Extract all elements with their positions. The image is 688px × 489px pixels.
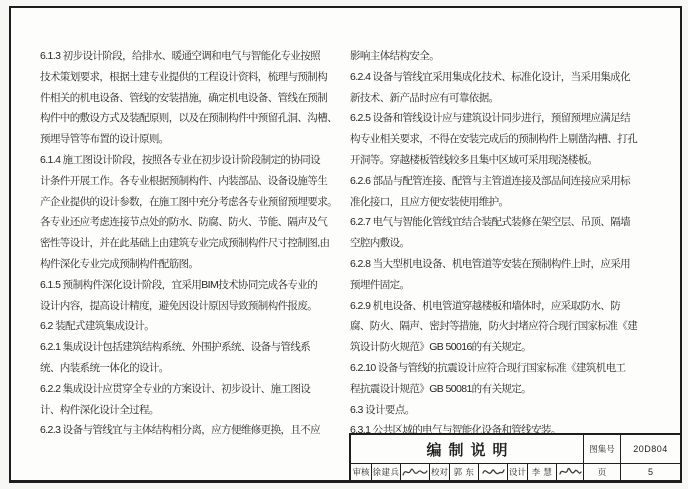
text-line: 6.1.3 初步设计阶段，给排水、暖通空调和电气与智能化专业按照 [40, 46, 342, 67]
text-line: 统、内装系统一体化的设计。 [40, 358, 342, 379]
text-line: 技术策划要求，根据土建专业提供的工程设计资料，梳理与预制构 [40, 67, 342, 88]
designer-label: 设计 [507, 464, 527, 480]
signature-scribble-icon [402, 465, 428, 479]
signature-scribble-icon [481, 465, 505, 479]
checker-signature [478, 464, 507, 480]
page-frame: 6.1.3 初步设计阶段，给排水、暖通空调和电气与智能化专业按照技术策划要求，根… [9, 6, 682, 483]
page-label: 页 [583, 464, 620, 480]
text-line: 预埋导管等布置的设计原则。 [40, 129, 342, 150]
text-line: 产企业提供的设计参数，在施工图中充分考虑各专业预留预埋要求。 [40, 192, 342, 213]
text-line: 6.2.1 集成设计包括建筑结构系统、外围护系统、设备与管线系 [40, 337, 342, 358]
left-text-column: 6.1.3 初步设计阶段，给排水、暖通空调和电气与智能化专业按照技术策划要求，根… [40, 46, 342, 441]
reviewer-label: 审核 [351, 464, 371, 480]
text-line: 6.2.3 设备与管线宜与主体结构相分离，应方便维修更换，且不应 [40, 420, 342, 441]
signature-scribble-icon [558, 465, 582, 479]
text-line: 程抗震设计规范》GB 50081的有关规定。 [350, 379, 652, 400]
text-line: 密性等设计，并在此基础上由建筑专业完成预制构件尺寸控制图,由 [40, 233, 342, 254]
page-number: 5 [620, 464, 680, 480]
text-line: 构专业相关要求，不得在安装完成后的预制构件上剔凿沟槽、打孔 [350, 129, 652, 150]
designer-signature [556, 464, 583, 480]
text-line: 6.2.9 机电设备、机电管道穿越楼板和墙体时，应采取防水、防 [350, 296, 652, 317]
reviewer-name: 徐建兵 [371, 464, 400, 480]
text-line: 预埋件固定。 [350, 275, 652, 296]
text-line: 计条件开展工作。各专业根据预制构件、内装部品、设备设施等生 [40, 171, 342, 192]
text-line: 6.2.8 当大型机电设备、机电管道等安装在预制构件上时，应采用 [350, 254, 652, 275]
text-line: 设计内容，提高设计精度，避免因设计原因导致预制构件报废。 [40, 296, 342, 317]
text-line: 构件中的敷设方式及装配原则，以及在预制构件中预留孔洞、沟槽、 [40, 108, 342, 129]
text-line: 构件深化专业完成预制构件配筋图。 [40, 254, 342, 275]
text-line: 准化接口，且应方便安装使用维护。 [350, 192, 652, 213]
title-block: 编制说明 图集号 20D804 审核 徐建兵 校对 郭 东 设计 李 慧 [349, 433, 680, 480]
text-line: 筑设计防火规范》GB 50016的有关规定。 [350, 337, 652, 358]
atlas-number-label: 图集号 [583, 435, 620, 463]
checker-label: 校对 [429, 464, 449, 480]
text-line: 6.1.4 施工图设计阶段，按照各专业在初步设计阶段制定的协同设 [40, 150, 342, 171]
text-line: 空腔内敷设。 [350, 233, 652, 254]
text-line: 各专业还应考虑连接节点处的防水、防腐、防火、节能、隔声及气 [40, 212, 342, 233]
right-text-column: 影响主体结构安全。6.2.4 设备与管线宜采用集成化技术、标准化设计，当采用集成… [350, 46, 652, 441]
reviewer-signature [400, 464, 429, 480]
text-line: 新技术、新产品时应有可靠依据。 [350, 88, 652, 109]
atlas-number-value: 20D804 [620, 435, 680, 463]
text-line: 6.1.5 预制构件深化设计阶段，宜采用BIM技术协同完成各专业的 [40, 275, 342, 296]
text-line: 6.2.2 集成设计应贯穿全专业的方案设计、初步设计、施工图设 [40, 379, 342, 400]
text-line: 6.2.10 设备与管线的抗震设计应符合现行国家标准《建筑机电工 [350, 358, 652, 379]
text-line: 6.3 设计要点。 [350, 400, 652, 421]
text-line: 6.2.5 设备和管线设计应与建筑设计同步进行，预留预埋应满足结 [350, 108, 652, 129]
sheet-title: 编制说明 [351, 435, 583, 463]
text-line: 6.2.7 电气与智能化管线宜结合装配式装修在架空层、吊顶、隔墙 [350, 212, 652, 233]
checker-name: 郭 东 [449, 464, 478, 480]
text-line: 开洞等。穿越楼板管线较多且集中区域可采用现浇楼板。 [350, 150, 652, 171]
text-line: 腐、防火、隔声、密封等措施，防火封堵应符合现行国家标准《建 [350, 316, 652, 337]
text-line: 6.2.6 部品与配管连接、配管与主管道连接及部品间连接应采用标 [350, 171, 652, 192]
designer-name: 李 慧 [527, 464, 556, 480]
text-line: 计、构件深化设计全过程。 [40, 400, 342, 421]
text-line: 影响主体结构安全。 [350, 46, 652, 67]
text-line: 件相关的机电设备、管线的安装措施，确定机电设备、管线在预制 [40, 88, 342, 109]
title-block-signature-row: 审核 徐建兵 校对 郭 东 设计 李 慧 页 5 [351, 464, 680, 480]
title-block-top-row: 编制说明 图集号 20D804 [351, 435, 680, 464]
text-line: 6.2.4 设备与管线宜采用集成化技术、标准化设计，当采用集成化 [350, 67, 652, 88]
text-line: 6.2 装配式建筑集成设计。 [40, 316, 342, 337]
